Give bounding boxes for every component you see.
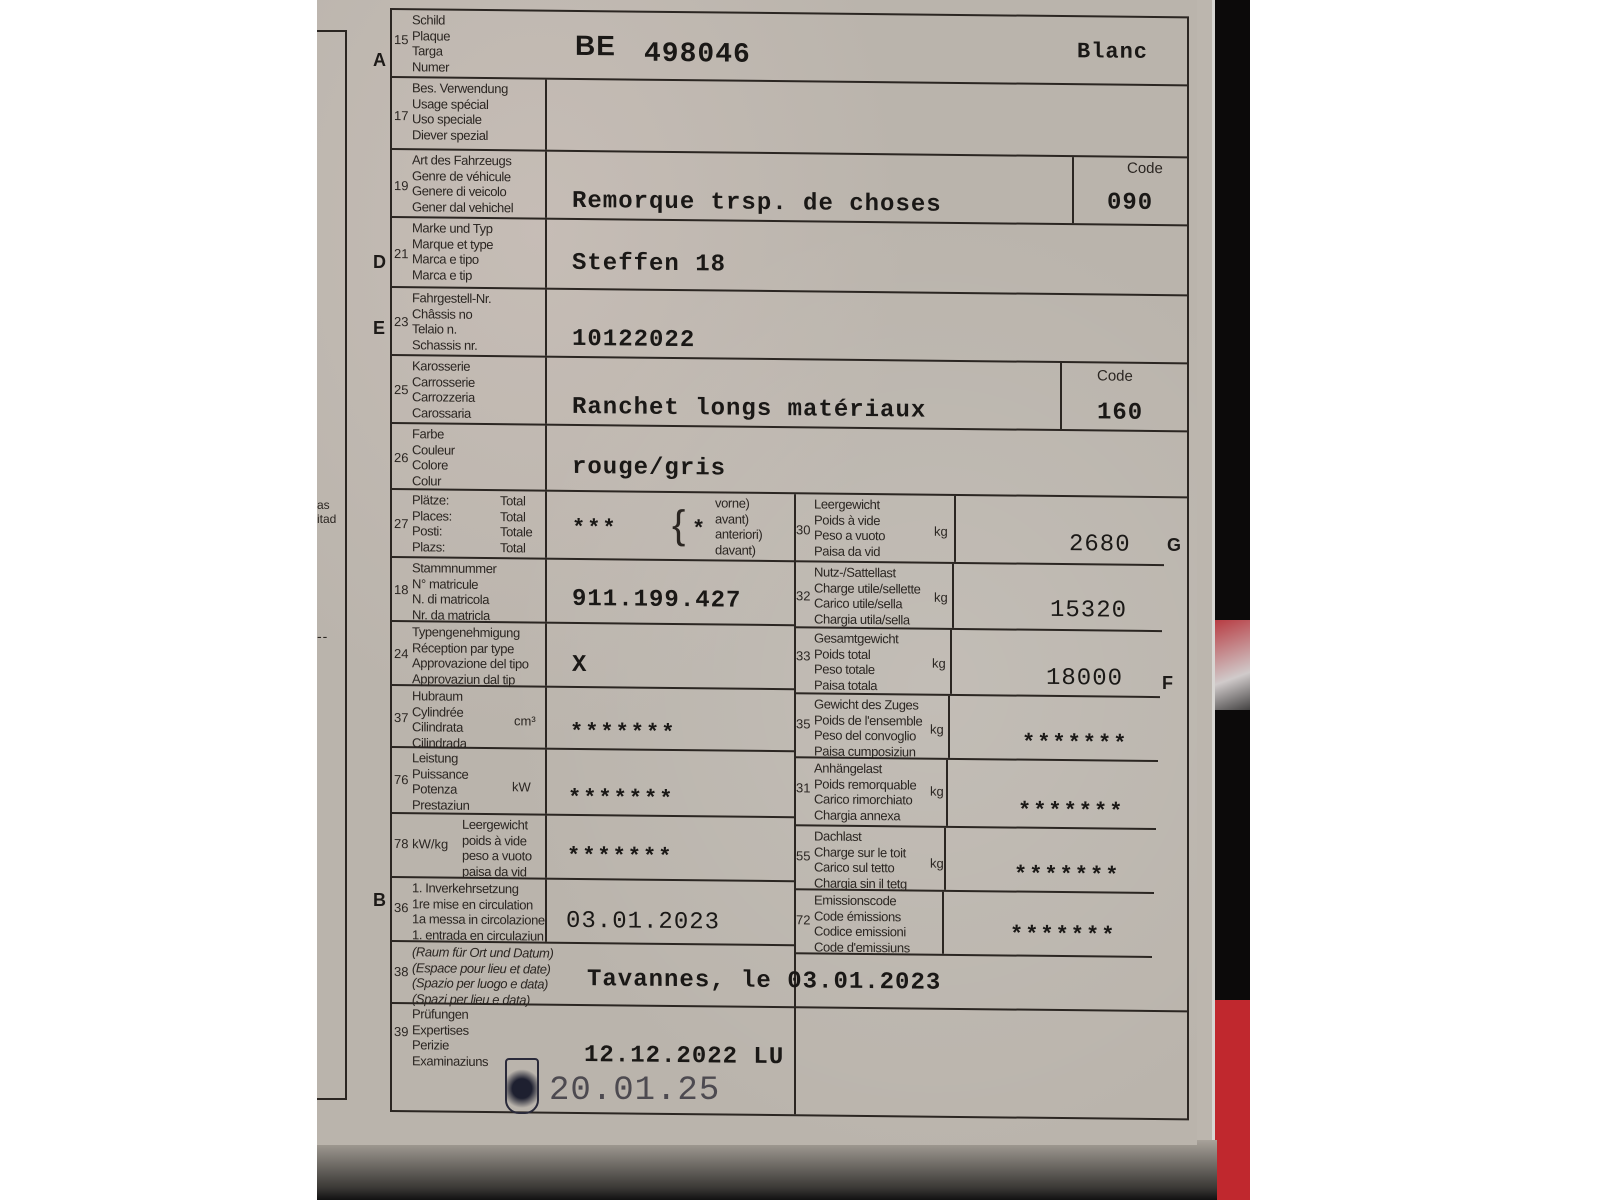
unit-label: kg [932,656,946,671]
field-36-first-registration: 36 1. Inverkehrsetzung1re mise en circul… [392,878,794,946]
field-number: 36 [394,900,408,915]
stamp-date: 20.01.25 [549,1072,720,1110]
color-value: rouge/gris [572,454,726,483]
field-26-color: 26 FarbeCouleurColoreColur rouge/gris [392,424,1187,498]
field-number: 18 [394,582,408,597]
field-19-vehicle-kind: 19 Art des FahrzeugsGenre de véhiculeGen… [392,150,1187,226]
body-value: Ranchet longs matériaux [572,394,926,425]
divider [545,560,547,622]
unit-label: kW [512,779,531,794]
field-label: PrüfungenExpertisesPerizieExaminaziuns [412,1006,488,1069]
field-38-place-date: 38 (Raum für Ort und Datum)(Espace pour … [392,942,1187,1012]
divider [952,564,954,628]
field-number: 30 [796,522,810,537]
marker-e: E [373,318,385,339]
field-number: 35 [796,716,810,731]
field-15-plate: 15 SchildPlaqueTargaNumer BE 498046 Blan… [392,10,1187,86]
divider [545,358,547,424]
field-label: AnhängelastPoids remorquableCarico rimor… [814,760,916,823]
divider [545,152,547,218]
chassis-value: 10122022 [572,326,695,354]
empty-weight-value: 2680 [1069,531,1131,559]
divider [948,696,950,758]
divider [545,220,547,288]
vehicle-kind-code: 090 [1107,190,1153,217]
field-label: LeistungPuissancePotenzaPrestaziun [412,750,469,813]
field-number: 72 [796,912,810,927]
total-weight-value: 18000 [1046,665,1123,693]
towing-load-value: ******* [1018,799,1124,825]
field-number: 33 [796,648,810,663]
field-25-body: 25 KarosserieCarrosserieCarrozzeriaCaros… [392,356,1187,432]
form-frame: 15 SchildPlaqueTargaNumer BE 498046 Blan… [390,8,1189,1120]
divider [545,750,547,814]
divider [946,760,948,826]
field-21-make-type: 21 Marke und TypMarque et typeMarca e ti… [392,218,1187,296]
plate-number: 498046 [644,39,751,71]
registration-photo: asitad -- A D E B G F 15 SchildPlaqueTar… [317,0,1250,1200]
field-number: 17 [394,108,408,123]
field-number: 15 [394,32,408,47]
roof-load-value: ******* [1014,863,1120,889]
field-number: 32 [796,588,810,603]
marker-b: B [373,890,386,911]
field-number: 24 [394,646,408,661]
power-weight-value: ******* [567,844,673,870]
payload-value: 15320 [1050,597,1127,625]
inspection-value: 12.12.2022 LU [584,1042,784,1071]
divider [545,80,547,150]
divider [545,624,547,686]
train-weight-value: ******* [1022,731,1128,757]
previous-page-edge [317,30,347,1100]
unit-label: kg [930,784,944,799]
seats-front-value: * [692,517,707,542]
field-label: FarbeCouleurColoreColur [412,426,455,488]
field-label: Plätze:Places:Posti:Plazs: [412,492,452,554]
field-label: Leergewichtpoids à videpeso a vuotopaisa… [462,817,532,880]
field-17-special-use: 17 Bes. VerwendungUsage spécialUso speci… [392,78,1187,158]
field-23-chassis: 23 Fahrgestell-Nr.Châssis noTelaio n.Sch… [392,288,1187,364]
divider [545,492,547,558]
unit-label: kg [930,722,944,737]
previous-page-dashes: -- [317,628,328,644]
displacement-value: ******* [570,720,676,746]
code-label: Code [1127,160,1163,177]
field-31-towing-load: 31 AnhängelastPoids remorquableCarico ri… [794,758,1156,830]
field-number: 38 [394,964,408,979]
field-35-train-weight: 35 Gewicht des ZugesPoids de l'ensembleP… [794,694,1158,762]
field-24-type-approval: 24 TypengenehmigungRéception par typeApp… [392,622,794,690]
divider [545,426,547,490]
field-number: 21 [394,246,408,261]
matriculation-value: 911.199.427 [572,586,741,615]
divider [545,688,547,748]
field-number: 76 [394,772,408,787]
registration-card: asitad -- A D E B G F 15 SchildPlaqueTar… [317,0,1197,1145]
field-number: 27 [394,516,408,531]
field-label: DachlastCharge sur le toitCarico sul tet… [814,828,907,891]
divider [1072,157,1074,223]
divider [944,828,946,890]
field-label: Gewicht des ZugesPoids de l'ensemblePeso… [814,696,922,759]
field-number: 19 [394,178,408,193]
make-type-value: Steffen 18 [572,250,726,279]
divider [545,290,547,356]
seats-total-value: *** [572,516,618,541]
field-78-power-weight: 78 kW/kg Leergewichtpoids à videpeso a v… [392,814,794,882]
field-label: Art des FahrzeugsGenre de véhiculeGenere… [412,152,513,215]
emission-code-value: ******* [1010,922,1116,948]
body-code: 160 [1097,399,1143,426]
unit-label: kg [934,590,948,605]
field-label: GesamtgewichtPoids totalPeso totalePaisa… [814,630,898,693]
field-number: 23 [394,314,408,329]
field-number: 55 [796,848,810,863]
field-number: 25 [394,382,408,397]
field-30-empty-weight: 30 LeergewichtPoids à videPeso a vuotoPa… [794,494,1164,566]
marker-a: A [373,50,386,71]
field-number: 26 [394,450,408,465]
field-label: Marke und TypMarque et typeMarca e tipoM… [412,220,493,283]
marker-d: D [373,252,386,273]
place-date-value: Tavannes, le 03.01.2023 [587,966,941,997]
divider [1060,363,1062,429]
field-label: Nutz-/SattellastCharge utile/selletteCar… [814,564,921,627]
total-label: TotalTotalTotaleTotal [500,493,532,555]
right-column: 30 LeergewichtPoids à videPeso a vuotoPa… [794,494,1187,950]
field-label: (Raum für Ort und Datum)(Espace pour lie… [412,944,553,1007]
sleeve-edge [317,1140,1217,1200]
field-37-displacement: 37 HubraumCylindréeCilindrataCilindrada … [392,686,794,752]
bracket-icon: { [672,497,685,553]
divider [545,880,547,942]
field-label: StammnummerN° matriculeN. di matricolaNr… [412,560,496,623]
field-label: Bes. VerwendungUsage spécialUso speciale… [412,80,508,143]
field-label: SchildPlaqueTargaNumer [412,12,450,74]
first-registration-value: 03.01.2023 [566,908,720,937]
field-32-payload: 32 Nutz-/SattellastCharge utile/sellette… [794,562,1162,632]
front-seat-label: vorne)avant)anteriori)davant) [715,495,762,557]
divider [950,630,952,694]
field-27-seats: 27 Plätze:Places:Posti:Plazs: TotalTotal… [392,490,794,562]
field-33-total-weight: 33 GesamtgewichtPoids totalPeso totalePa… [794,628,1160,698]
field-number: 37 [394,710,408,725]
field-label: LeergewichtPoids à videPeso a vuotoPaisa… [814,496,885,559]
field-55-roof-load: 55 DachlastCharge sur le toitCarico sul … [794,826,1154,894]
divider [545,816,547,878]
vehicle-kind-value: Remorque trsp. de choses [572,188,942,219]
type-approval-value: X [572,652,587,679]
divider [942,892,944,954]
unit-label: kg [934,524,948,539]
field-label: 1. Inverkehrsetzung1re mise en circulati… [412,880,545,943]
field-18-matriculation: 18 StammnummerN° matriculeN. di matricol… [392,558,794,626]
plate-color: Blanc [1077,39,1148,65]
field-number: 39 [394,1024,408,1039]
field-76-power: 76 LeistungPuissancePotenzaPrestaziun kW… [392,748,794,818]
canton-stamp-icon [505,1058,539,1114]
field-number: 78 kW/kg [394,836,448,852]
code-label: Code [1097,367,1133,384]
field-label: HubraumCylindréeCilindrataCilindrada [412,688,467,751]
field-label: Fahrgestell-Nr.Châssis noTelaio n.Schass… [412,290,491,353]
previous-page-text: asitad [317,498,336,526]
field-label: KarosserieCarrosserieCarrozzeriaCarossar… [412,358,475,421]
field-number: 31 [796,780,810,795]
unit-label: cm³ [514,713,536,728]
divider [954,496,956,562]
power-value: ******* [568,786,674,812]
field-label: TypengenehmigungRéception par typeApprov… [412,624,529,687]
canton-code: BE [575,30,616,62]
unit-label: kg [930,856,944,871]
